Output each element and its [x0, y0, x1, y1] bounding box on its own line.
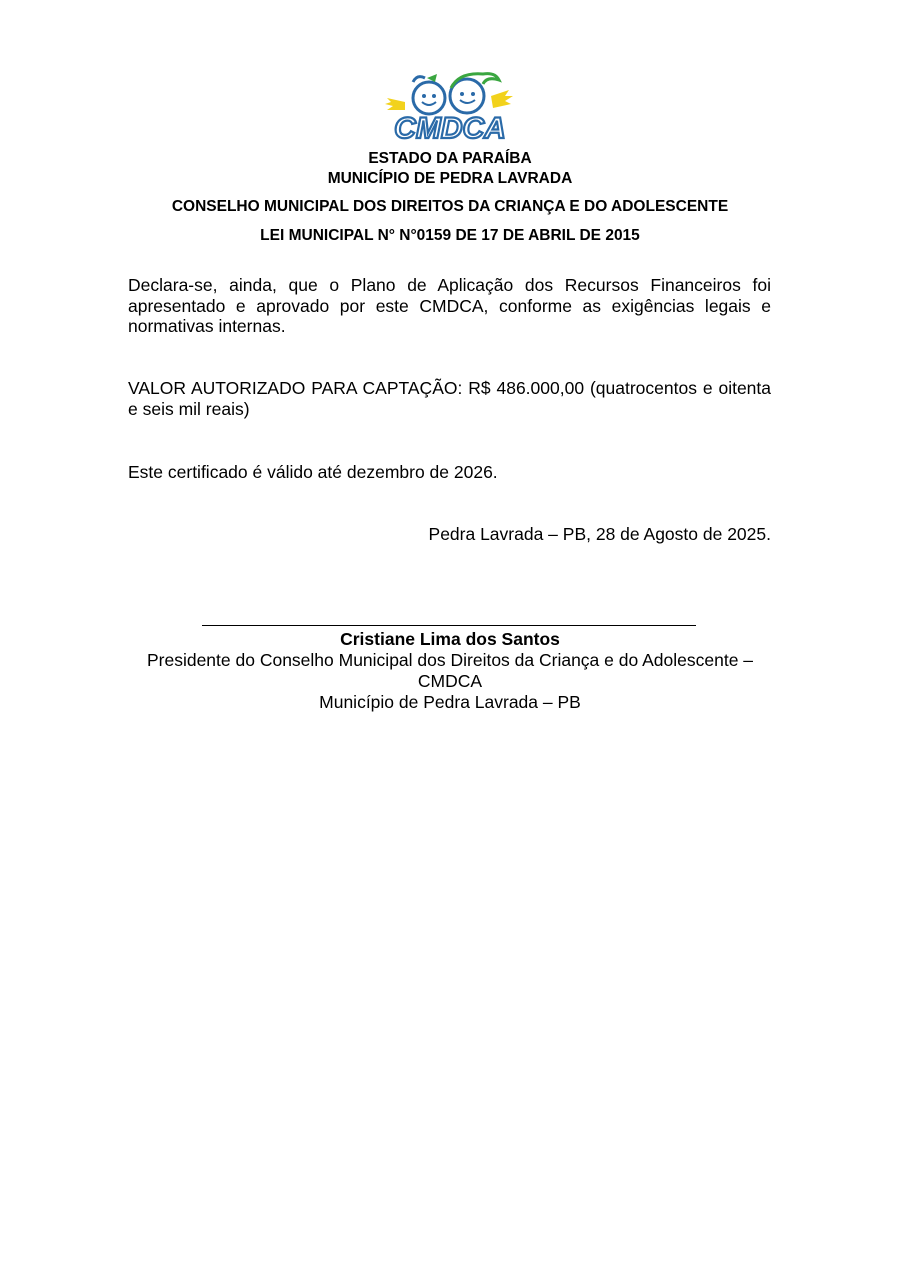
place-date: Pedra Lavrada – PB, 28 de Agosto de 2025…: [128, 524, 771, 545]
signatory-name: Cristiane Lima dos Santos: [0, 629, 900, 650]
signatory-role-acronym: CMDCA: [0, 671, 900, 692]
header-state: ESTADO DA PARAÍBA: [0, 149, 900, 169]
paragraph-plan-approval: Declara-se, ainda, que o Plano de Aplica…: [128, 275, 771, 337]
paragraph-validity: Este certificado é válido até dezembro d…: [128, 462, 771, 483]
header-municipality: MUNICÍPIO DE PEDRA LAVRADA: [0, 169, 900, 189]
header-law: LEI MUNICIPAL N° N°0159 DE 17 DE ABRIL D…: [0, 226, 900, 246]
header-council: CONSELHO MUNICIPAL DOS DIREITOS DA CRIAN…: [0, 197, 900, 217]
cmdca-logo: CMDCA: [383, 68, 517, 144]
logo-text: CMDCA: [394, 112, 506, 144]
signature-line: [202, 625, 696, 626]
signatory-municipality: Município de Pedra Lavrada – PB: [0, 692, 900, 713]
signatory-role: Presidente do Conselho Municipal dos Dir…: [0, 650, 900, 671]
paragraph-authorized-value: VALOR AUTORIZADO PARA CAPTAÇÃO: R$ 486.0…: [128, 378, 771, 419]
